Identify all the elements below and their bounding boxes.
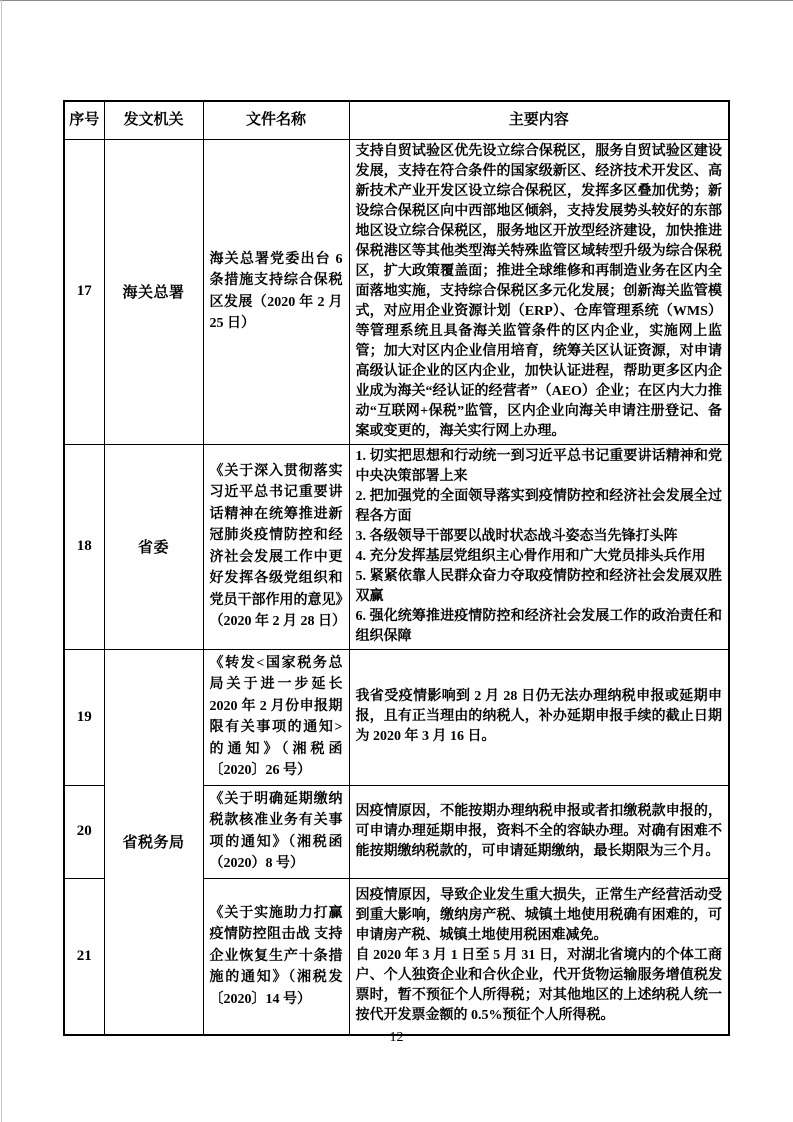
col-header-seq: 序号 bbox=[64, 101, 104, 139]
scan-edge-top bbox=[0, 0, 793, 1]
col-header-doc: 文件名称 bbox=[203, 101, 349, 139]
cell-content-20: 因疫情原因，不能按期办理纳税申报或者扣缴税款申报的，可申请办理延期申报，资料不全… bbox=[349, 785, 729, 878]
cell-doc-20: 《关于明确延期缴纳税款核准业务有关事项的通知》（湘税函（2020）8 号） bbox=[203, 785, 349, 878]
table-row-19: 19 省税务局 《转发<国家税务总局关于进一步延长 2020 年 2 月份申报期… bbox=[64, 649, 729, 785]
cell-seq-17: 17 bbox=[64, 139, 104, 444]
page-number: 12 bbox=[0, 1030, 793, 1046]
cell-seq-19: 19 bbox=[64, 649, 104, 785]
table-row-18: 18 省委 《关于深入贯彻落实习近平总书记重要讲话精神在统筹推进新冠肺炎疫情防控… bbox=[64, 444, 729, 649]
table-row-17: 17 海关总署 海关总署党委出台 6 条措施支持综合保税区发展（2020 年 2… bbox=[64, 139, 729, 444]
cell-content-19: 我省受疫情影响到 2 月 28 日仍无法办理纳税申报或延期申报，且有正当理由的纳… bbox=[349, 649, 729, 785]
col-header-org: 发文机关 bbox=[104, 101, 203, 139]
cell-seq-18: 18 bbox=[64, 444, 104, 649]
cell-org-17: 海关总署 bbox=[104, 139, 203, 444]
cell-content-17: 支持自贸试验区优先设立综合保税区，服务自贸试验区建设发展，支持在符合条件的国家级… bbox=[349, 139, 729, 444]
cell-org-18: 省委 bbox=[104, 444, 203, 649]
cell-seq-21: 21 bbox=[64, 878, 104, 1035]
cell-doc-21: 《关于实施助力打赢疫情防控阻击战 支持企业恢复生产十条措施的通知》（湘税发〔20… bbox=[203, 878, 349, 1035]
cell-content-21: 因疫情原因，导致企业发生重大损失，正常生产经营活动受到重大影响，缴纳房产税、城镇… bbox=[349, 878, 729, 1035]
scan-edge-left bbox=[1, 0, 2, 1122]
cell-content-18: 1. 切实把思想和行动统一到习近平总书记重要讲话精神和党中央决策部署上来 2. … bbox=[349, 444, 729, 649]
cell-doc-17: 海关总署党委出台 6 条措施支持综合保税区发展（2020 年 2 月 25 日） bbox=[203, 139, 349, 444]
document-page: 序号 发文机关 文件名称 主要内容 17 海关总署 海关总署党委出台 6 条措施… bbox=[0, 0, 793, 1122]
col-header-content: 主要内容 bbox=[349, 101, 729, 139]
cell-doc-18: 《关于深入贯彻落实习近平总书记重要讲话精神在统筹推进新冠肺炎疫情防控和经济社会发… bbox=[203, 444, 349, 649]
table-header-row: 序号 发文机关 文件名称 主要内容 bbox=[64, 101, 729, 139]
policy-table: 序号 发文机关 文件名称 主要内容 17 海关总署 海关总署党委出台 6 条措施… bbox=[63, 100, 730, 1036]
cell-org-19-21: 省税务局 bbox=[104, 649, 203, 1035]
cell-seq-20: 20 bbox=[64, 785, 104, 878]
cell-doc-19: 《转发<国家税务总局关于进一步延长 2020 年 2 月份申报期限有关事项的通知… bbox=[203, 649, 349, 785]
